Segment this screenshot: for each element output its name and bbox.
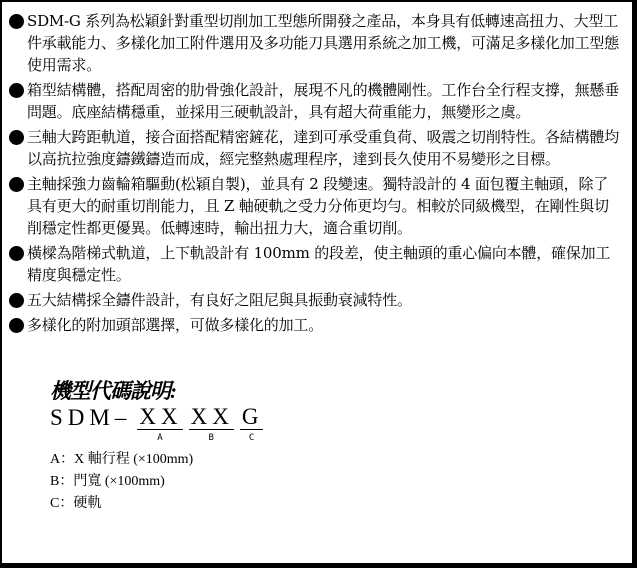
feature-item: 多樣化的附加頭部選擇，可做多樣化的加工。 (9, 314, 621, 336)
feature-text: 主軸採強力齒輪箱驅動(松穎自製)，並具有 2 段變速。獨特設計的 4 面包覆主軸… (27, 173, 621, 239)
code-chars: G (240, 405, 264, 430)
bullet-icon (9, 318, 24, 333)
code-chars: XX (189, 405, 234, 430)
code-label: A (157, 431, 162, 445)
feature-text: 五大結構採全鑄件設計，有良好之阻尼與具振動衰減特性。 (27, 289, 621, 311)
model-code-section: 機型代碼說明: SDM– XX A XX B G C A：X 軸行程 (×100… (50, 378, 269, 515)
code-label: B (209, 431, 214, 445)
model-code-group-c: G C (240, 405, 264, 445)
legend-item-b: B：門寬 (×100mm) (50, 471, 269, 493)
code-label: C (249, 431, 254, 445)
feature-item: 五大結構採全鑄件設計，有良好之阻尼與具振動衰減特性。 (9, 289, 621, 311)
model-code-group-a: XX A (137, 405, 182, 445)
feature-text: 橫樑為階梯式軌道，上下軌設計有 100mm 的段差，使主軸頭的重心偏向本體，確保… (27, 242, 621, 286)
legend-item-c: C：硬軌 (50, 493, 269, 515)
bullet-icon (9, 83, 24, 98)
model-code-prefix: SDM– (50, 405, 131, 431)
feature-list: SDM-G 系列為松穎針對重型切削加工型態所開發之產品，本身具有低轉速高扭力、大… (9, 10, 621, 339)
bullet-icon (9, 177, 24, 192)
model-code-group-b: XX B (189, 405, 234, 445)
model-code-row: SDM– XX A XX B G C (50, 405, 269, 445)
feature-text: 多樣化的附加頭部選擇，可做多樣化的加工。 (27, 314, 621, 336)
model-code-legend: A：X 軸行程 (×100mm) B：門寬 (×100mm) C：硬軌 (50, 449, 269, 515)
feature-item: 橫樑為階梯式軌道，上下軌設計有 100mm 的段差，使主軸頭的重心偏向本體，確保… (9, 242, 621, 286)
feature-text: 箱型結構體，搭配周密的肋骨強化設計，展現不凡的機體剛性。工作台全行程支撐，無懸垂… (27, 79, 621, 123)
bullet-icon (9, 293, 24, 308)
feature-text: 三軸大跨距軌道，接合面搭配精密鏟花，達到可承受重負荷、吸震之切削特性。各結構體均… (27, 126, 621, 170)
feature-item: 主軸採強力齒輪箱驅動(松穎自製)，並具有 2 段變速。獨特設計的 4 面包覆主軸… (9, 173, 621, 239)
feature-item: SDM-G 系列為松穎針對重型切削加工型態所開發之產品，本身具有低轉速高扭力、大… (9, 10, 621, 76)
feature-item: 箱型結構體，搭配周密的肋骨強化設計，展現不凡的機體剛性。工作台全行程支撐，無懸垂… (9, 79, 621, 123)
bullet-icon (9, 246, 24, 261)
model-code-title: 機型代碼說明: (50, 378, 269, 404)
bullet-icon (9, 14, 24, 29)
feature-item: 三軸大跨距軌道，接合面搭配精密鏟花，達到可承受重負荷、吸震之切削特性。各結構體均… (9, 126, 621, 170)
code-chars: XX (137, 405, 182, 430)
legend-item-a: A：X 軸行程 (×100mm) (50, 449, 269, 471)
feature-text: SDM-G 系列為松穎針對重型切削加工型態所開發之產品，本身具有低轉速高扭力、大… (27, 10, 621, 76)
bullet-icon (9, 130, 24, 145)
